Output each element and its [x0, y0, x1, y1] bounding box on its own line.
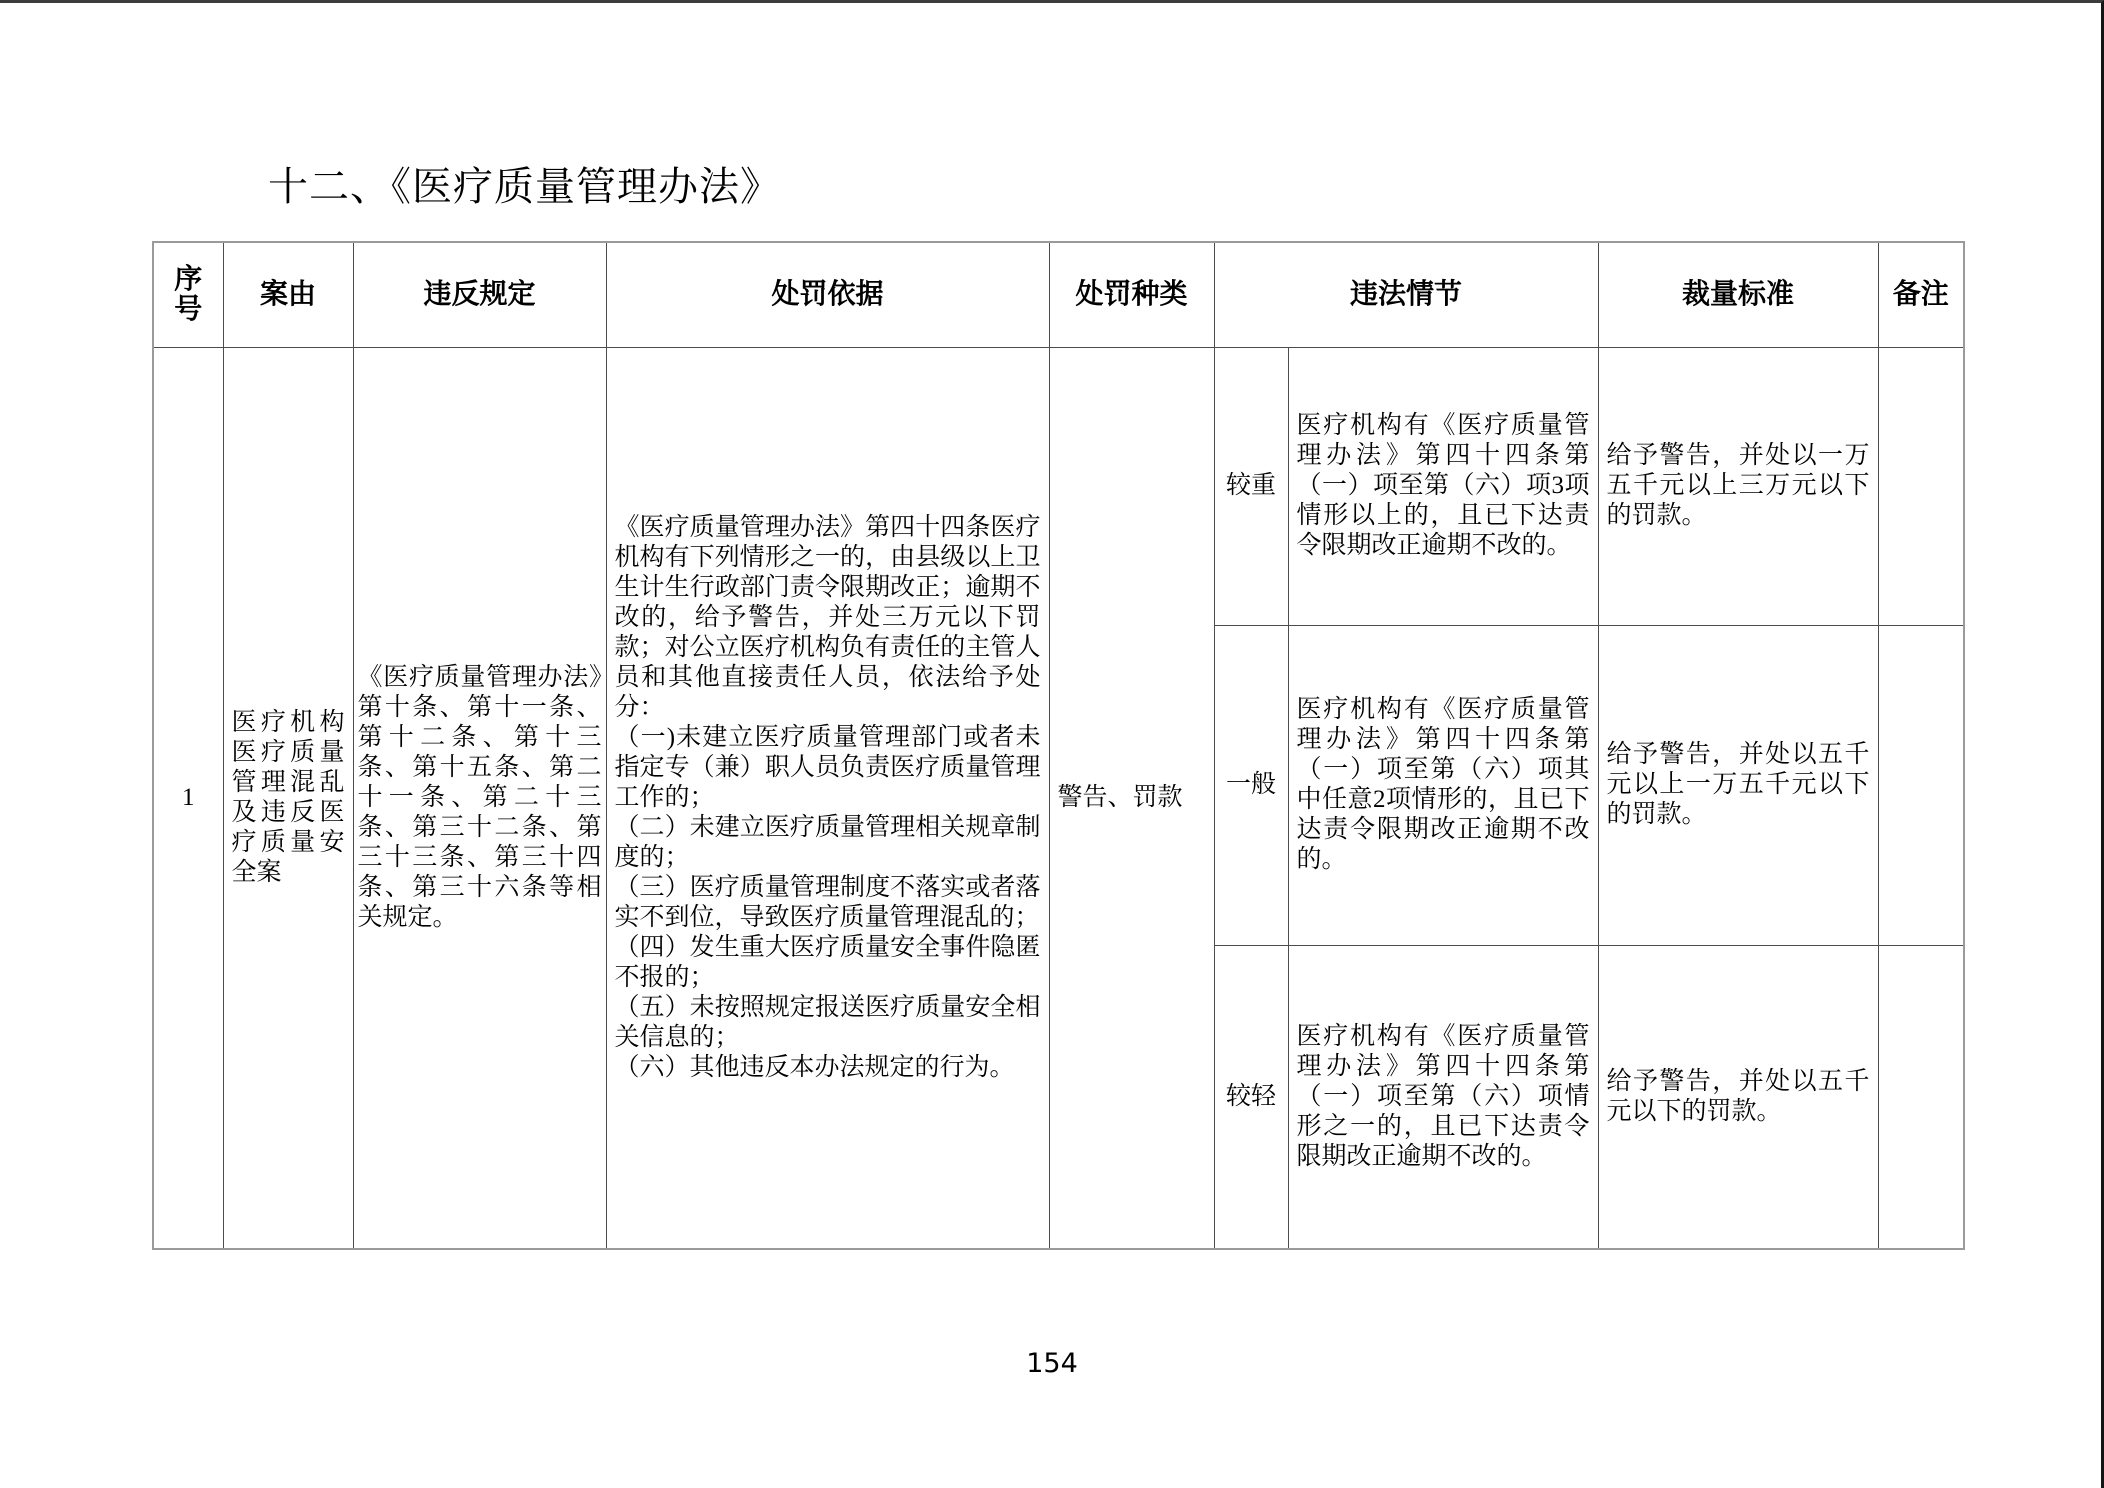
cell-tier-remark-general — [1878, 625, 1964, 945]
cell-tier-remark-minor — [1878, 945, 1964, 1249]
cell-tier-level-general: 一般 — [1214, 625, 1288, 945]
cell-penalty-type: 警告、罚款 — [1049, 347, 1214, 1249]
cell-tier-circumstance-severe: 医疗机构有《医疗质量管理办法》第四十四条第（一）项至第（六）项3项情形以上的，且… — [1288, 347, 1598, 625]
page-number: 154 — [0, 1348, 2104, 1379]
header-penalty-type: 处罚种类 — [1049, 242, 1214, 347]
cell-index: 1 — [153, 347, 223, 1249]
cell-tier-remark-severe — [1878, 347, 1964, 625]
cell-tier-standard-severe: 给予警告，并处以一万五千元以上三万元以下的罚款。 — [1598, 347, 1878, 625]
header-remarks: 备注 — [1878, 242, 1964, 347]
cell-penalty-basis: 《医疗质量管理办法》第四十四条医疗机构有下列情形之一的，由县级以上卫生计生行政部… — [606, 347, 1049, 1249]
cell-tier-standard-minor: 给予警告，并处以五千元以下的罚款。 — [1598, 945, 1878, 1249]
header-penalty-basis: 处罚依据 — [606, 242, 1049, 347]
header-index: 序号 — [153, 242, 223, 347]
cell-violated-provision: 《医疗质量管理办法》第十条、第十一条、第十二条、第十三条、第十五条、第二十一条、… — [353, 347, 606, 1249]
tier-row-severe: 1 医疗机构医疗质量管理混乱及违反医疗质量安全案 《医疗质量管理办法》第十条、第… — [153, 347, 1964, 625]
cell-tier-level-severe: 较重 — [1214, 347, 1288, 625]
header-discretion-standard: 裁量标准 — [1598, 242, 1878, 347]
cell-tier-standard-general: 给予警告，并处以五千元以上一万五千元以下的罚款。 — [1598, 625, 1878, 945]
cell-cause: 医疗机构医疗质量管理混乱及违反医疗质量安全案 — [223, 347, 353, 1249]
regulation-table: 序号 案由 违反规定 处罚依据 处罚种类 违法情节 裁量标准 备注 1 医疗机构… — [152, 241, 1965, 1250]
cell-tier-circumstance-minor: 医疗机构有《医疗质量管理办法》第四十四条第（一）项至第（六）项情形之一的，且已下… — [1288, 945, 1598, 1249]
document-page: 十二、《医疗质量管理办法》 序号 案由 违反规定 处罚依据 处罚种类 违法情节 … — [0, 0, 2104, 1488]
cell-tier-circumstance-general: 医疗机构有《医疗质量管理办法》第四十四条第（一）项至第（六）项其中任意2项情形的… — [1288, 625, 1598, 945]
header-cause: 案由 — [223, 242, 353, 347]
section-title: 十二、《医疗质量管理办法》 — [268, 163, 781, 211]
table-header-row: 序号 案由 违反规定 处罚依据 处罚种类 违法情节 裁量标准 备注 — [153, 242, 1964, 347]
header-violation-circumstances: 违法情节 — [1214, 242, 1598, 347]
header-violated-provision: 违反规定 — [353, 242, 606, 347]
cell-tier-level-minor: 较轻 — [1214, 945, 1288, 1249]
